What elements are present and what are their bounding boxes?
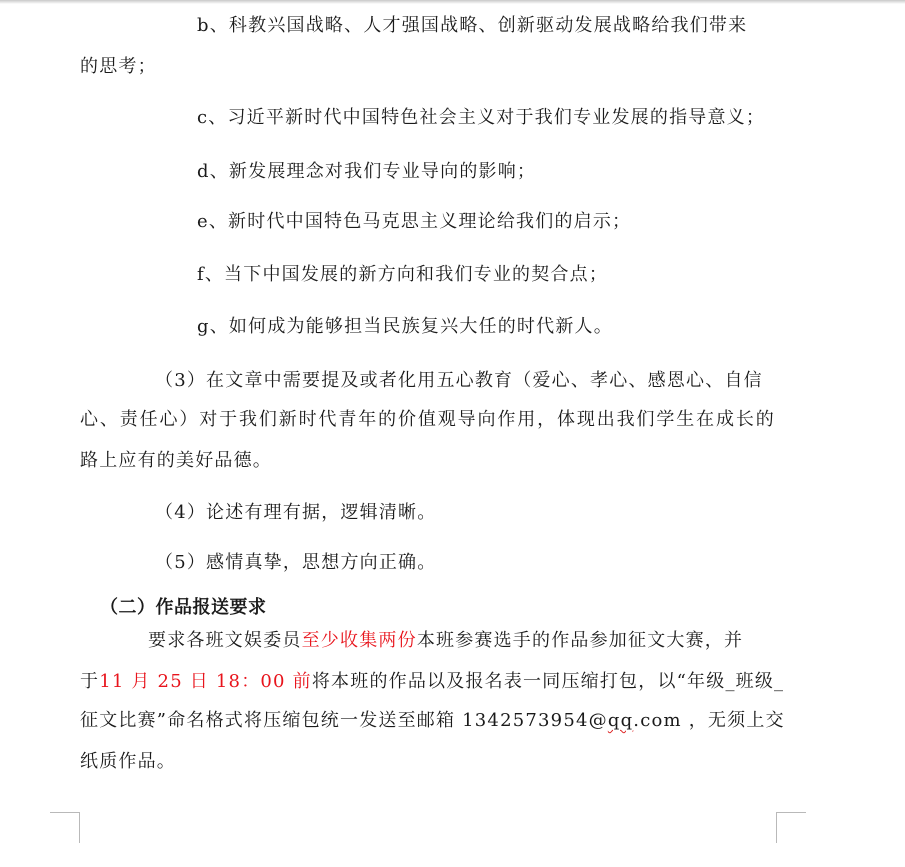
ruler-shadow [0,0,905,4]
criteria-item-b-continuation: 的思考； [80,55,157,79]
submission-line-3-before: 征文比赛”命名格式将压缩包统一发送至邮箱 1342573954@ [80,710,608,731]
submission-line-1-after: 本班参赛选手的作品参加征文大赛，并 [417,630,743,651]
submission-line-2-after: 将本班的作品以及报名表一同压缩打包，以“年级_班级_ [312,671,784,692]
criteria-item-e: e、新时代中国特色马克思主义理论给我们的启示； [197,210,631,234]
requirement-3-line-2: 心、责任心）对于我们新时代青年的价值观导向作用，体现出我们学生在成长的 [80,408,775,432]
submission-line-1-before: 要求各班文娱委员 [148,630,302,651]
criteria-item-g: g、如何成为能够担当民族复兴大任的时代新人。 [197,315,613,339]
requirement-4: （4）论述有理有据，逻辑清晰。 [155,501,436,525]
criteria-item-c: c、习近平新时代中国特色社会主义对于我们专业发展的指导意义； [197,106,765,130]
margin-corner-mark-left [50,812,80,843]
criteria-item-d: d、新发展理念对我们专业导向的影响； [197,160,536,184]
requirement-3-line-1: （3）在文章中需要提及或者化用五心教育（爱心、孝心、感恩心、自信 [155,369,763,393]
submission-deadline: 11 月 25 日 18：00 前 [99,671,312,692]
submission-line-4: 纸质作品。 [80,750,176,774]
submission-line-2: 于11 月 25 日 18：00 前将本班的作品以及报名表一同压缩打包，以“年级… [80,670,784,694]
submission-line-3-after: .com ，无须上交 [633,710,784,731]
section-heading: （二）作品报送要求 [100,596,267,620]
submission-line-2-before: 于 [80,671,99,692]
criteria-item-f: f、当下中国发展的新方向和我们专业的契合点； [197,263,608,287]
requirement-5: （5）感情真挚，思想方向正确。 [155,551,436,575]
spellcheck-flagged-word[interactable]: qq [608,710,633,731]
submission-line-3: 征文比赛”命名格式将压缩包统一发送至邮箱 1342573954@qq.com ，… [80,709,785,733]
submission-line-1: 要求各班文娱委员至少收集两份本班参赛选手的作品参加征文大赛，并 [148,629,743,653]
margin-corner-mark-right [776,812,806,843]
criteria-item-b: b、科教兴国战略、人才强国战略、创新驱动发展战略给我们带来 [197,14,747,38]
submission-highlight-count: 至少收集两份 [302,630,417,651]
document-page: b、科教兴国战略、人才强国战略、创新驱动发展战略给我们带来 的思考； c、习近平… [0,0,905,867]
requirement-3-line-3: 路上应有的美好品德。 [80,449,272,473]
